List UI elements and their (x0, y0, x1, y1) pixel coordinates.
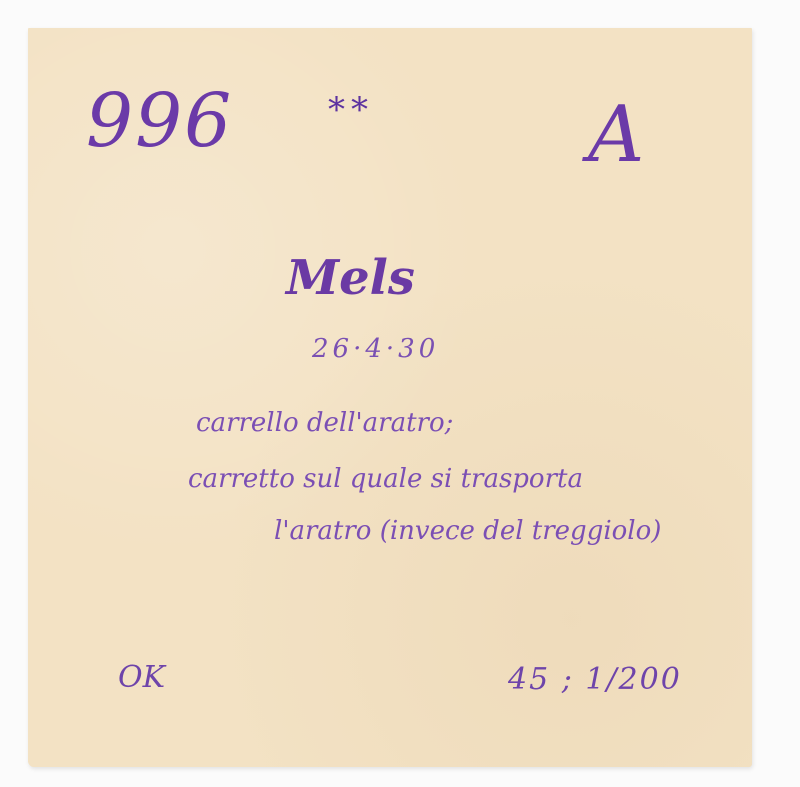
initials: OK (118, 660, 165, 695)
card-letter: A (588, 90, 644, 180)
place-name: Mels (286, 250, 415, 306)
date: 26·4·30 (312, 334, 439, 364)
star-marks: ** (328, 90, 374, 130)
description-line-2: carretto sul quale si trasporta (188, 464, 583, 494)
description-line-1: carrello dell'aratro; (196, 408, 453, 438)
scale-note: 45 ; 1/200 (508, 662, 682, 697)
card-number: 996 (86, 78, 233, 164)
description-line-3: l'aratro (invece del treggiolo) (274, 516, 661, 546)
note-card: 996 ** A Mels 26·4·30 carrello dell'arat… (28, 28, 752, 767)
